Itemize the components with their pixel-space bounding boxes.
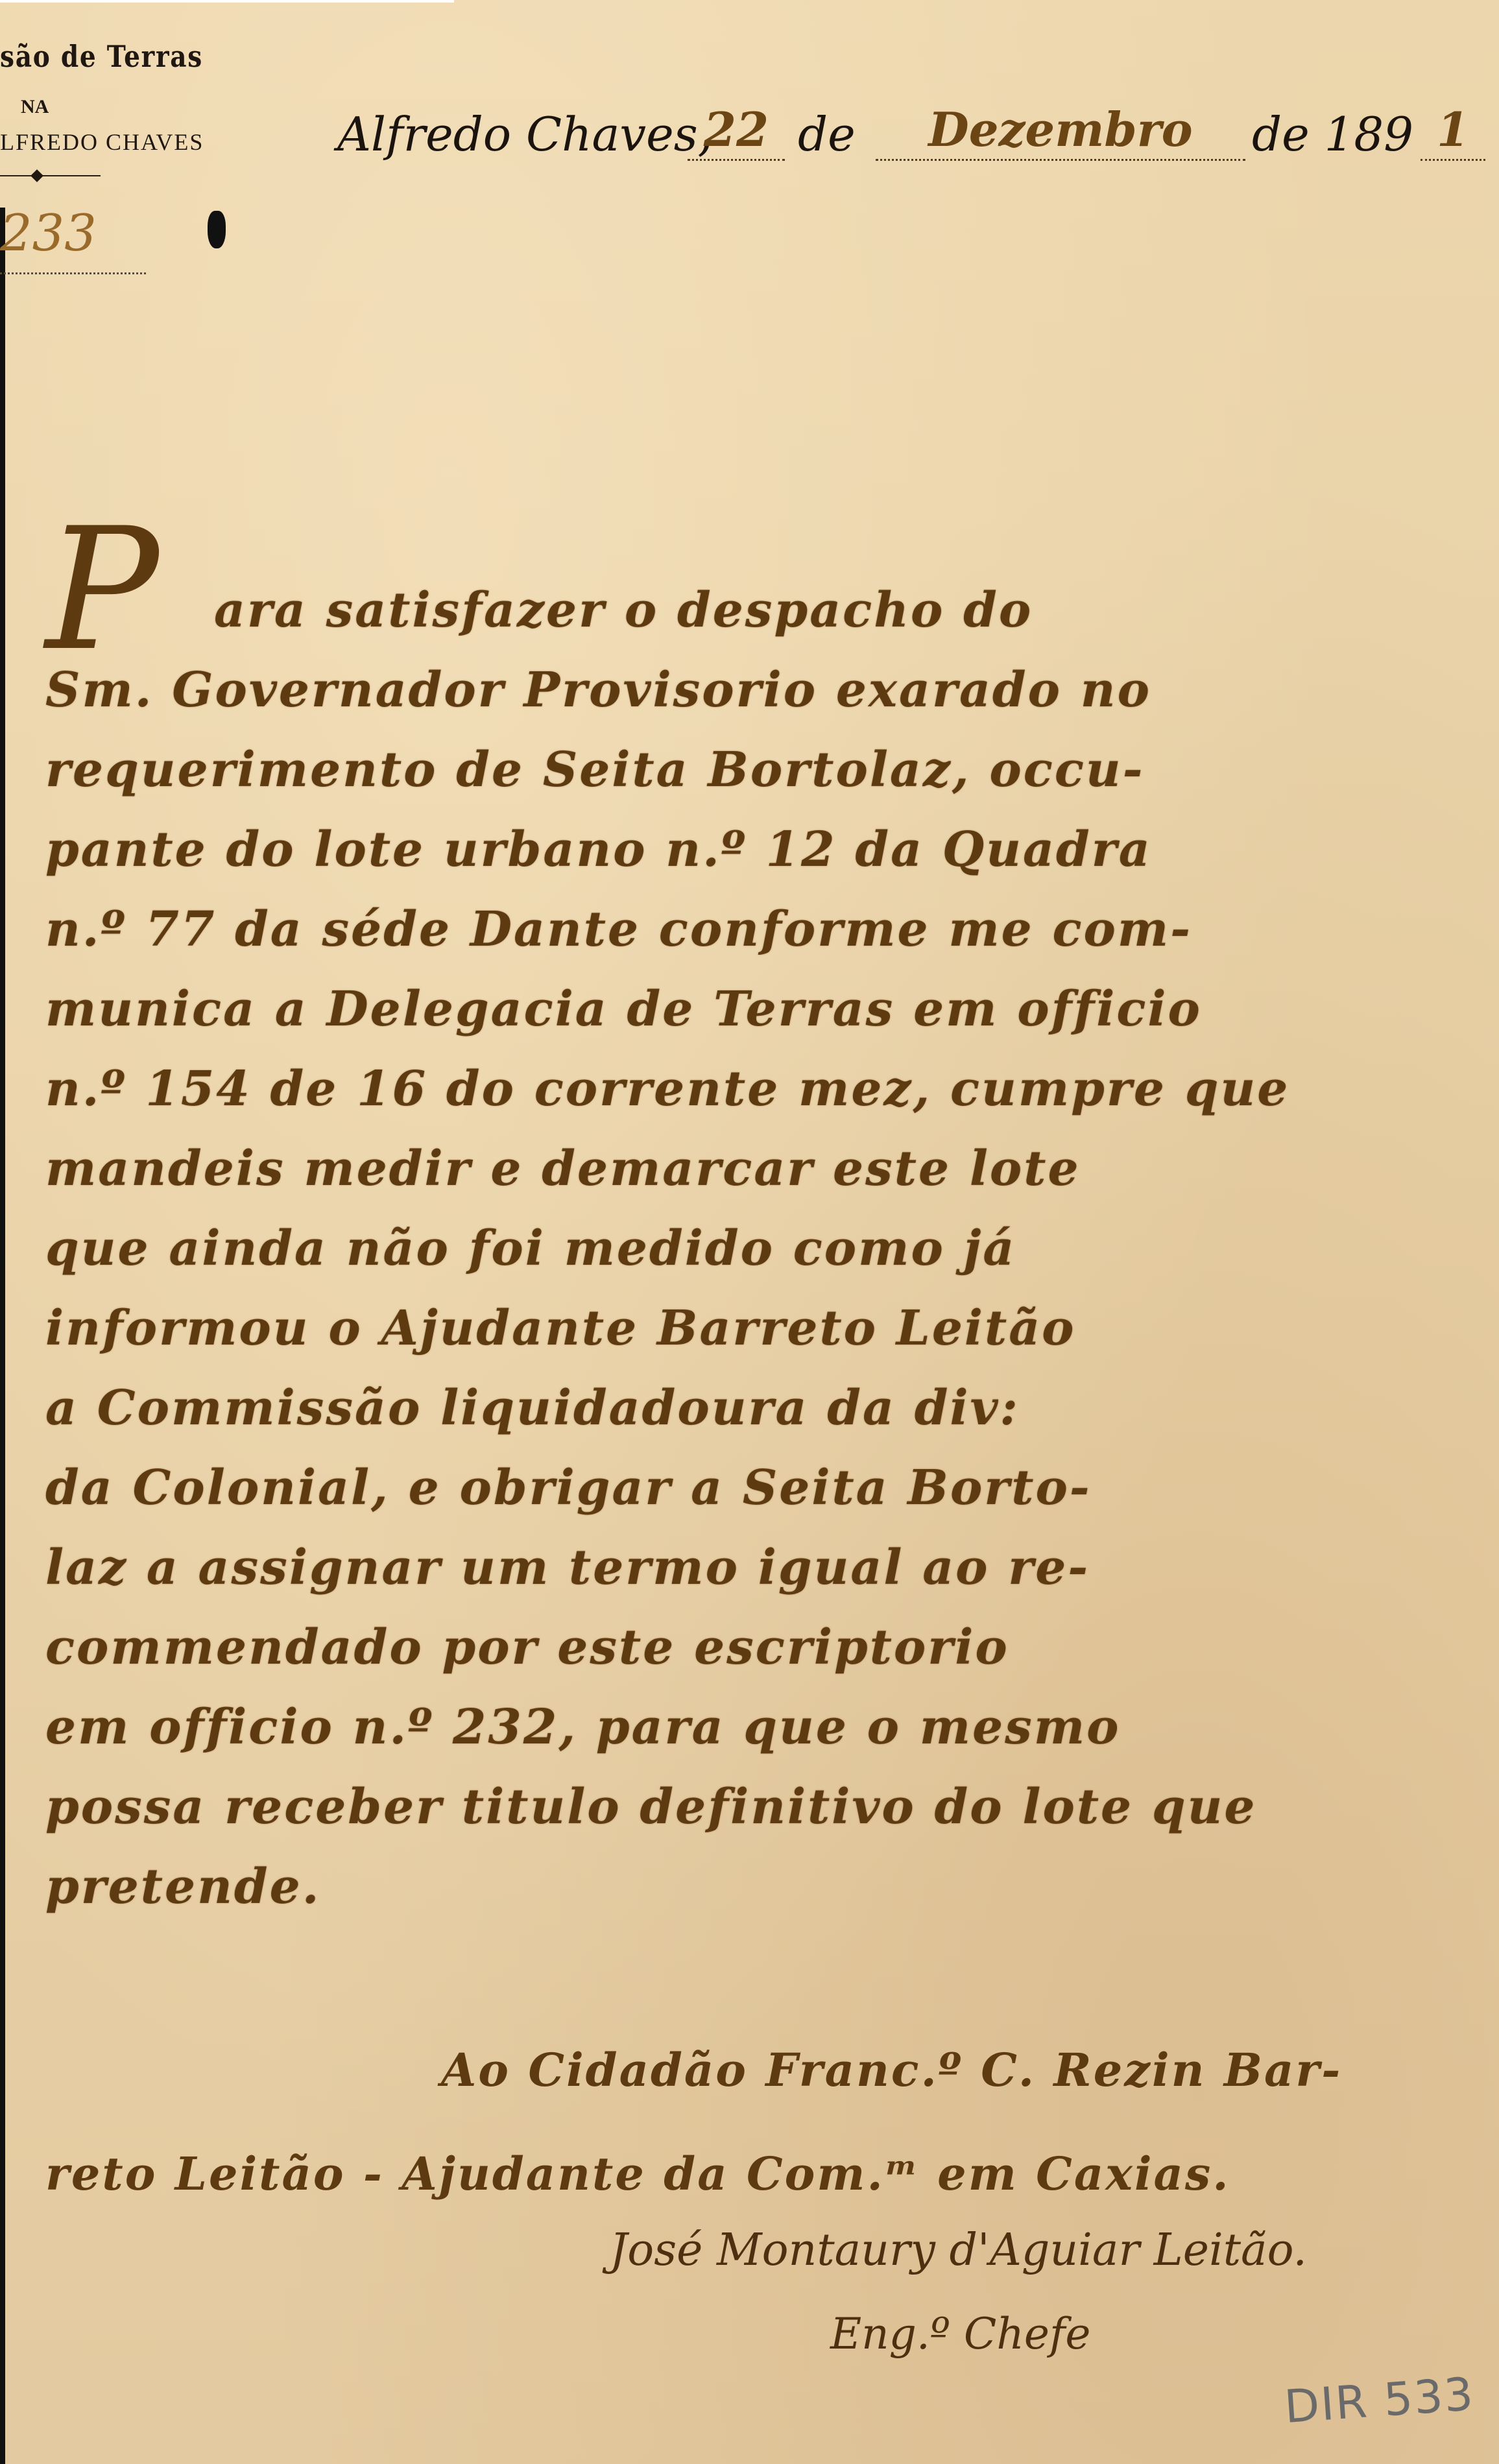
body-line: da Colonial, e obrigar a Seita Borto- <box>45 1448 1453 1528</box>
body-line: pante do lote urbano n.º 12 da Quadra <box>45 810 1453 890</box>
letterhead-na: NA <box>21 96 49 118</box>
letterhead-place: LFREDO CHAVES <box>0 128 204 156</box>
letterhead-title: são de Terras <box>0 39 203 74</box>
dateline: Alfredo Chaves, 22 de Dezembro de 189 1 <box>337 101 1479 178</box>
body-line: n.º 77 da séde Dante conforme me com- <box>45 890 1453 970</box>
signature-title: Eng.º Chefe <box>830 2309 1090 2359</box>
body-line: mandeis medir e demarcar este lote <box>45 1129 1453 1209</box>
document-number: 233 <box>0 201 146 274</box>
date-separator-2: de 189 <box>1252 107 1413 161</box>
body-line: em officio n.º 232, para que o mesmo <box>45 1688 1453 1767</box>
body-line: Sm. Governador Provisorio exarado no <box>45 651 1453 730</box>
signature: José Montaury d'Aguiar Leitão. <box>610 2225 1307 2276</box>
scan-top-margin <box>0 0 454 3</box>
archive-pencil-mark: DIR 533 <box>1282 2367 1476 2434</box>
body-line: commendado por este escriptorio <box>45 1608 1453 1688</box>
body-line: ara satisfazer o despacho do <box>45 571 1453 651</box>
date-separator-1: de <box>798 107 856 161</box>
body-line: pretende. <box>45 1847 1453 1927</box>
body-line: laz a assignar um termo igual ao re- <box>45 1528 1453 1608</box>
letter-body: ara satisfazer o despacho do Sm. Governa… <box>45 571 1453 1927</box>
date-month: Dezembro <box>876 101 1245 161</box>
body-line: que ainda não foi medido como já <box>45 1209 1453 1289</box>
body-line: informou o Ajudante Barreto Leitão <box>45 1289 1453 1369</box>
date-place: Alfredo Chaves, <box>337 107 713 161</box>
body-line: requerimento de Seita Bortolaz, occu- <box>45 730 1453 810</box>
diamond-ornament-icon <box>30 169 43 182</box>
addressee-line-1: Ao Cidadão Franc.º C. Rezin Bar- <box>441 2043 1342 2097</box>
body-line: possa receber titulo definitivo do lote … <box>45 1767 1453 1847</box>
date-day: 22 <box>688 101 785 161</box>
letterhead-divider <box>0 175 101 176</box>
body-line: munica a Delegacia de Terras em officio <box>45 970 1453 1049</box>
body-line: a Commissão liquidadoura da div: <box>45 1369 1453 1448</box>
document-page: são de Terras NA LFREDO CHAVES 233 Alfre… <box>0 0 1499 2464</box>
body-line: n.º 154 de 16 do corrente mez, cumpre qu… <box>45 1049 1453 1129</box>
scan-left-edge <box>0 208 5 2464</box>
addressee-line-2: reto Leitão - Ajudante da Com.ᵐ em Caxia… <box>45 2147 1230 2201</box>
punch-hole <box>208 211 226 248</box>
date-year-suffix: 1 <box>1421 101 1485 161</box>
